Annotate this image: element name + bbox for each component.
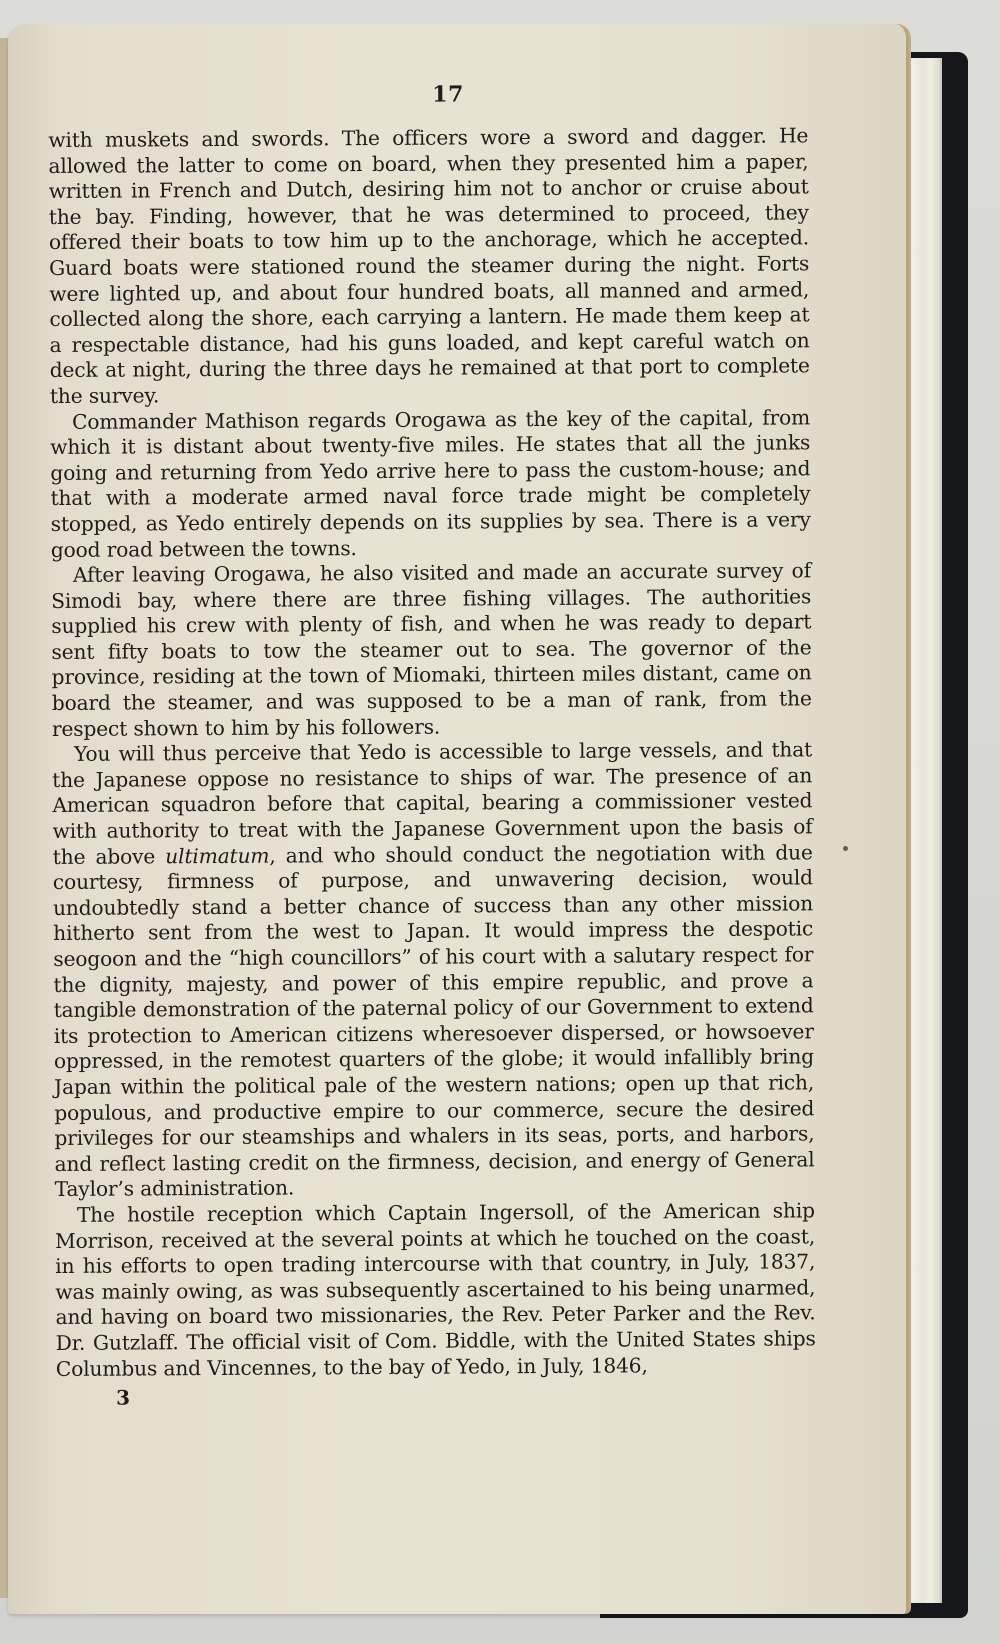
paragraph-4-text-b: , and who should conduct the negotiation… bbox=[53, 840, 815, 1201]
ultimatum-italic: ultimatum bbox=[165, 843, 269, 868]
paragraph-3: After leaving Orogawa, he also visited a… bbox=[51, 558, 812, 742]
signature-mark: 3 bbox=[116, 1381, 816, 1409]
paragraph-2: Commander Mathison regards Orogawa as th… bbox=[50, 405, 811, 563]
margin-spot bbox=[843, 846, 848, 851]
book-page: 17 with muskets and swords. The officers… bbox=[8, 24, 909, 1614]
paragraph-5: The hostile reception which Captain Inge… bbox=[55, 1198, 816, 1382]
page-content: 17 with muskets and swords. The officers… bbox=[48, 79, 816, 1410]
paragraph-1: with muskets and swords. The officers wo… bbox=[48, 123, 810, 409]
paragraph-4: You will thus perceive that Yedo is acce… bbox=[52, 738, 815, 1203]
page-number: 17 bbox=[88, 79, 808, 109]
